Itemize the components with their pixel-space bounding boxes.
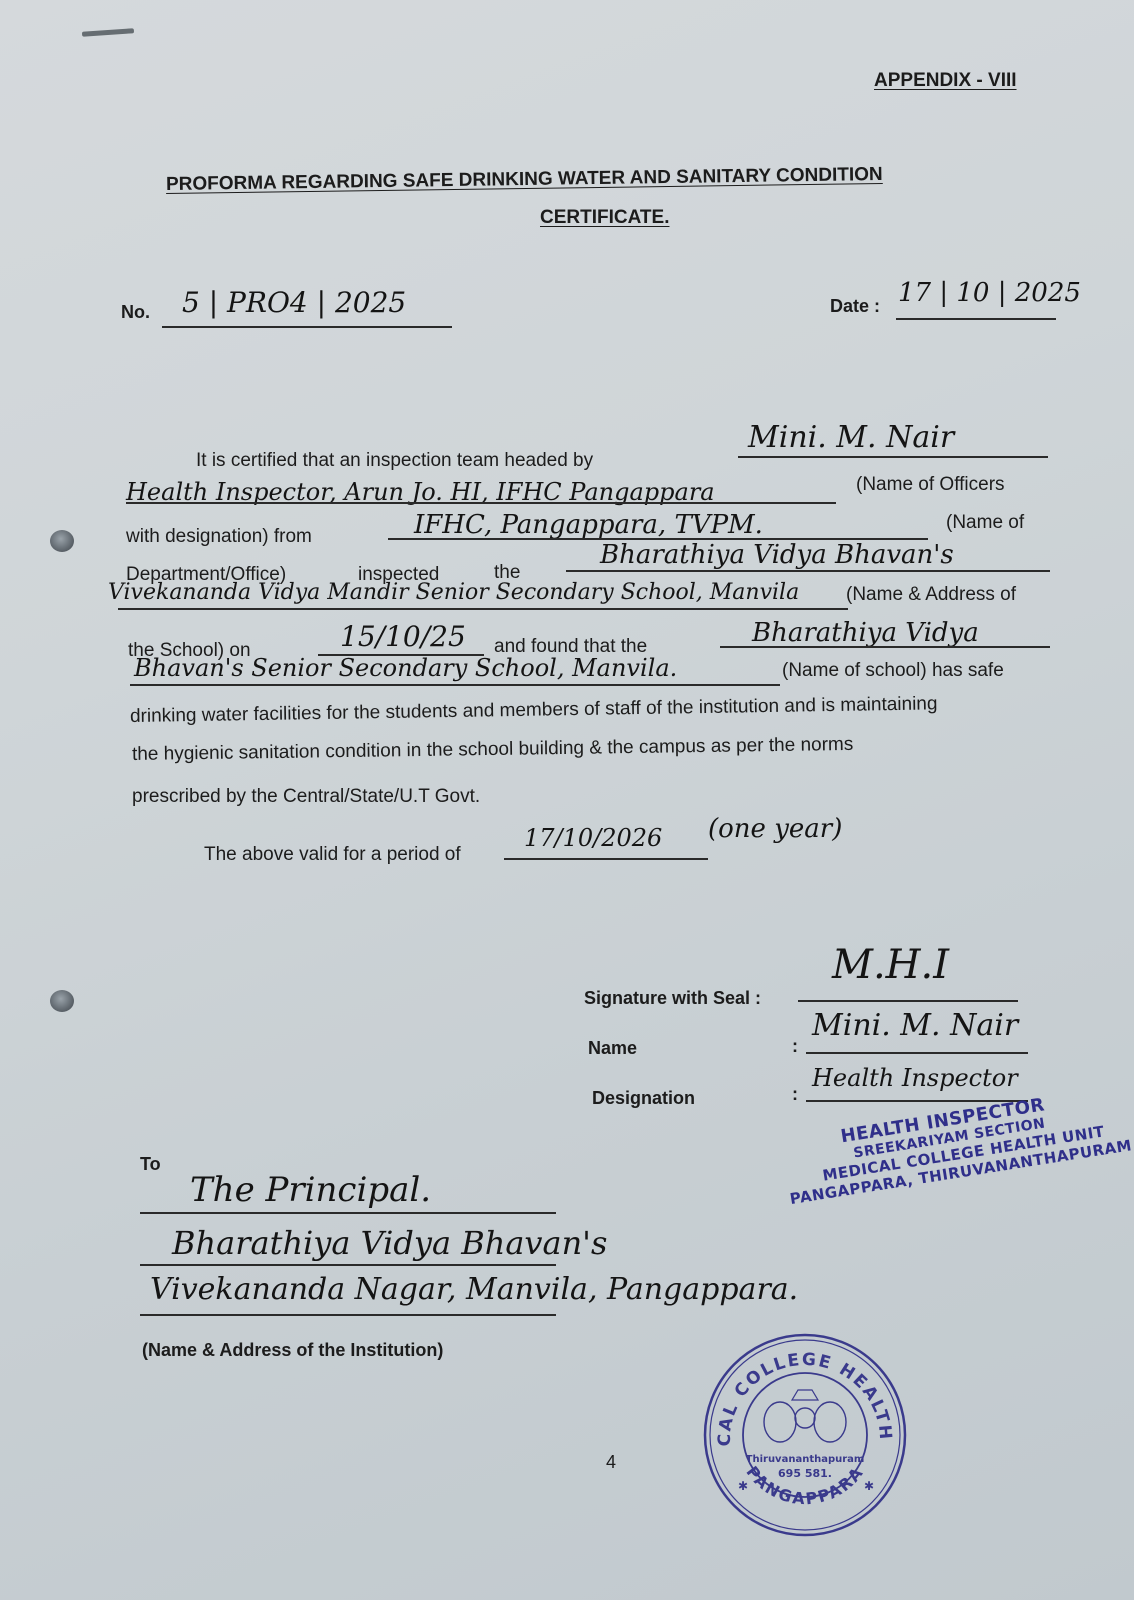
seal-center-line-2: 695 581. [778, 1467, 832, 1480]
validity-value: 17/10/2026 [524, 824, 662, 852]
validity-note: (one year) [708, 814, 842, 844]
school-name-suffix: (Name of school) has safe [782, 660, 1004, 682]
date-label: Date : [830, 296, 880, 317]
punch-hole-bottom [50, 990, 74, 1012]
date-underline [896, 318, 1056, 320]
signatory-designation: Health Inspector [812, 1064, 1018, 1092]
school-underline-1 [566, 570, 1050, 572]
signature-label: Signature with Seal : [584, 988, 761, 1009]
body-line-c: prescribed by the Central/State/U.T Govt… [132, 786, 480, 808]
document-title-line2: CERTIFICATE. [540, 207, 669, 229]
recipient-underline-3 [140, 1314, 556, 1316]
school-name-underline-1 [720, 646, 1050, 648]
certificate-number: 5 | PRO4 | 2025 [182, 286, 406, 319]
number-underline [162, 326, 452, 328]
headed-by-value: Mini. M. Nair [748, 420, 954, 455]
school-name-line2: Bhavan's Senior Secondary School, Manvil… [134, 654, 677, 682]
officers-underline [126, 502, 836, 504]
recipient-underline-1 [140, 1212, 556, 1214]
to-label: To [140, 1154, 161, 1175]
signatory-name: Mini. M. Nair [812, 1008, 1018, 1043]
school-name-underline-2 [130, 684, 780, 686]
name-label: Name [588, 1038, 637, 1059]
signature-underline [798, 1000, 1018, 1002]
institution-caption: (Name & Address of the Institution) [142, 1340, 443, 1361]
staple-mark [82, 28, 134, 37]
officers-suffix: (Name of Officers [856, 474, 1005, 496]
certificate-date: 17 | 10 | 2025 [898, 278, 1081, 308]
validity-label: The above valid for a period of [204, 844, 461, 866]
page-number: 4 [606, 1452, 616, 1473]
name-underline [806, 1052, 1028, 1054]
school-value-line2: Vivekananda Vidya Mandir Senior Secondar… [108, 580, 799, 605]
school-value-line1: Bharathiya Vidya Bhavan's [600, 540, 954, 570]
inspection-date: 15/10/25 [340, 620, 466, 653]
signature-value: M.H.I [832, 942, 949, 988]
recipient-line-3: Vivekananda Nagar, Manvila, Pangappara. [150, 1272, 798, 1307]
round-seal: MEDICAL COLLEGE HEALTH UNIT PANGAPPARA T… [700, 1330, 910, 1540]
body-line-a: drinking water facilities for the studen… [130, 691, 1070, 728]
punch-hole-top [50, 530, 74, 552]
document-title-line1: PROFORMA REGARDING SAFE DRINKING WATER A… [166, 164, 883, 196]
department-value: IFHC, Pangappara, TVPM. [414, 510, 763, 540]
body-line-b: the hygienic sanitation condition in the… [132, 731, 1072, 766]
designation-label: Designation [592, 1088, 695, 1109]
seal-star-right: ✱ [864, 1479, 874, 1493]
designation-colon: : [792, 1084, 798, 1105]
intro-text: It is certified that an inspection team … [196, 450, 593, 472]
name-colon: : [792, 1036, 798, 1057]
recipient-line-1: The Principal. [190, 1170, 431, 1210]
seal-graphic: MEDICAL COLLEGE HEALTH UNIT PANGAPPARA T… [700, 1330, 910, 1540]
seal-star-left: ✱ [738, 1479, 748, 1493]
appendix-label: APPENDIX - VIII [874, 70, 1017, 92]
validity-underline [504, 858, 708, 860]
headed-by-underline [738, 456, 1048, 458]
school-name-line1: Bharathiya Vidya [752, 618, 979, 648]
school-underline-2 [118, 608, 848, 610]
recipient-underline-2 [140, 1264, 556, 1266]
school-suffix: (Name & Address of [846, 584, 1016, 606]
seal-center-line-1: Thiruvananthapuram [746, 1454, 865, 1465]
designation-prefix: with designation) from [126, 526, 312, 548]
number-label: No. [121, 302, 150, 323]
recipient-line-2: Bharathiya Vidya Bhavan's [172, 1224, 607, 1262]
department-suffix: (Name of [946, 512, 1024, 534]
